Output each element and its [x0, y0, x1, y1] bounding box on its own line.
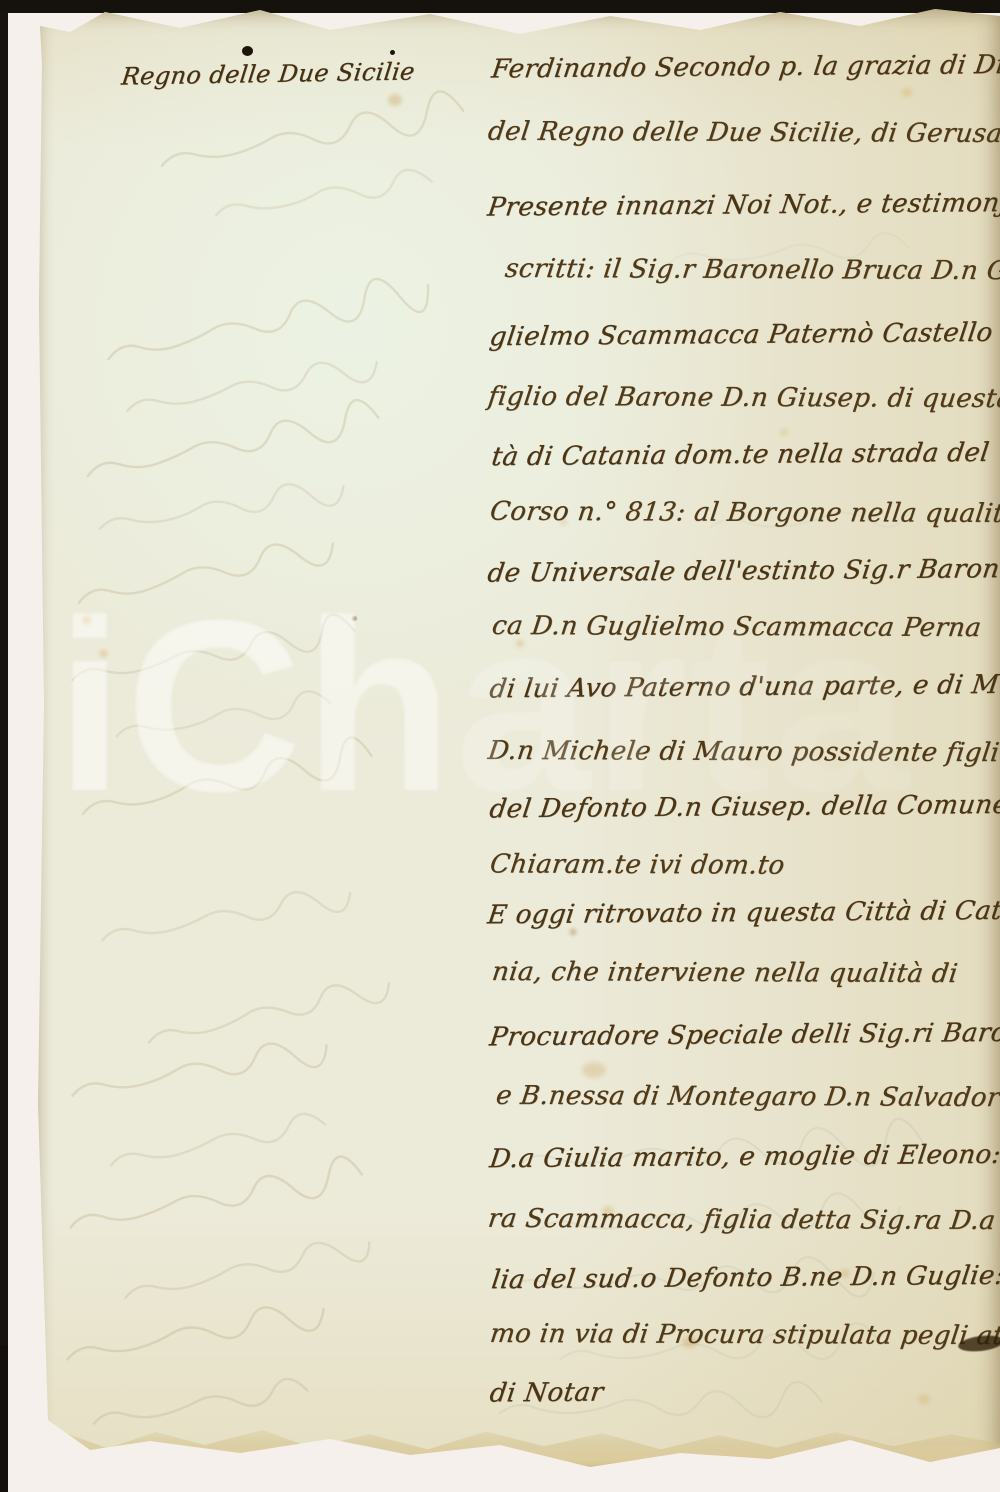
foxing-spot — [582, 1062, 606, 1078]
manuscript-line: lia del sud.o Defonto B.ne D.n Guglie: — [490, 1261, 1000, 1295]
manuscript-line: scritti: il Sig.r Baronello Bruca D.n Gu… — [503, 254, 1000, 286]
manuscript-line: di lui Avo Paterno d'una parte, e di M.o — [488, 670, 1000, 705]
scan-edge-top — [0, 0, 1000, 13]
ink-dot — [390, 50, 395, 55]
manuscript-line: mo in via di Procura stipulata pegli att… — [488, 1319, 1000, 1351]
manuscript-line: ca D.n Guglielmo Scammacca Perna — [490, 611, 983, 643]
manuscript-line: figlio del Barone D.n Giusep. di questa … — [486, 382, 1000, 415]
manuscript-line: tà di Catania dom.te nella strada del — [490, 438, 991, 472]
manuscript-line: de Universale dell'estinto Sig.r Barone … — [486, 553, 1000, 588]
manuscript-line: del Regno delle Due Sicilie, di Gerusale… — [486, 117, 1000, 150]
foxing-spot — [352, 616, 357, 621]
foxing-spot — [570, 929, 576, 935]
manuscript-line: Ferdinando Secondo p. la grazia di Dio R… — [490, 50, 1000, 85]
foxing-spot — [918, 1394, 930, 1404]
manuscript-line: D.a Giulia marito, e moglie di Eleono: — [488, 1140, 1000, 1174]
document-page: Regno delle Due Sicilie Ferdinando Secon… — [30, 4, 1000, 1472]
manuscript-line: ra Scammacca, figlia detta Sig.ra D.a Gi… — [486, 1204, 1000, 1236]
foxing-spot — [100, 650, 107, 657]
manuscript-line: Presente innanzi Noi Not., e testimonj i… — [486, 187, 1000, 222]
manuscript-line: glielmo Scammacca Paternò Castello — [488, 318, 995, 352]
margin-note: Regno delle Due Sicilie — [120, 57, 417, 90]
manuscript-line: Chiaram.te ivi dom.to — [488, 849, 786, 880]
manuscript-line: del Defonto D.n Giusep. della Comune di — [488, 790, 1000, 825]
manuscript-line: Corso n.° 813: al Borgone nella qualità … — [488, 497, 1000, 530]
foxing-spot — [388, 94, 402, 106]
foxing-spot — [902, 88, 912, 97]
scanned-manuscript-page: Regno delle Due Sicilie Ferdinando Secon… — [0, 0, 1000, 1492]
manuscript-line: e B.nessa di Montegaro D.n Salvadore, = — [494, 1081, 1000, 1113]
manuscript-line: E oggi ritrovato in questa Città di Cata… — [486, 896, 1000, 931]
scan-edge-left — [0, 0, 8, 1345]
manuscript-line: nia, che interviene nella qualità di — [490, 957, 959, 989]
manuscript-line: Procuradore Speciale delli Sig.ri Barone — [488, 1018, 1000, 1053]
manuscript-line: D.n Michele di Mauro possidente figlio — [486, 736, 1000, 768]
ink-dot — [242, 46, 253, 56]
manuscript-line: di Notar — [488, 1378, 605, 1409]
foxing-spot — [780, 429, 788, 436]
foxing-spot — [82, 616, 91, 624]
